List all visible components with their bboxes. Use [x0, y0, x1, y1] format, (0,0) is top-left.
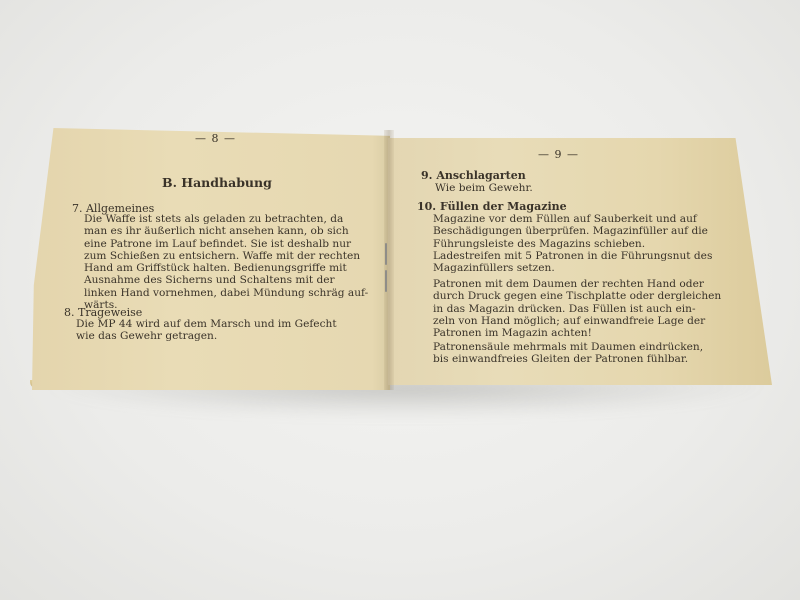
- text-line: zeln von Hand möglich; auf einwandfreie …: [433, 315, 721, 327]
- section-10-paragraph-1: Magazine vor dem Füllen auf Sauberkeit u…: [433, 213, 712, 274]
- text-line: Ladestreifen mit 5 Patronen in die Führu…: [433, 250, 712, 262]
- text-line: Hand am Griffstück halten. Bedienungsgri…: [84, 262, 380, 274]
- text-line: Die MP 44 wird auf dem Marsch und im Gef…: [76, 318, 376, 330]
- text-line: durch Druck gegen eine Tischplatte oder …: [433, 290, 721, 302]
- text-line: man es ihr äußerlich nicht ansehen kann,…: [84, 225, 380, 237]
- page-number-left: — 8 —: [195, 132, 236, 145]
- section-title-9: 9. Anschlagarten: [421, 169, 526, 182]
- text-line: eine Patrone im Lauf befindet. Sie ist d…: [84, 238, 380, 250]
- text-line: Führungsleiste des Magazins schieben.: [433, 238, 712, 250]
- left-page: — 8 — B. Handhabung 7. Allgemeines Die W…: [32, 128, 390, 390]
- section-7-text: Die Waffe ist stets als geladen zu betra…: [84, 213, 380, 311]
- text-line: zum Schießen zu entsichern. Waffe mit de…: [84, 250, 380, 262]
- text-line: Patronen mit dem Daumen der rechten Hand…: [433, 278, 721, 290]
- staple-icon: [385, 270, 387, 292]
- text-line: Wie beim Gewehr.: [435, 182, 533, 194]
- text-line: Beschädigungen überprüfen. Magazinfüller…: [433, 225, 712, 237]
- text-line: Patronen im Magazin achten!: [433, 327, 721, 339]
- text-line: linken Hand vornehmen, dabei Mündung sch…: [84, 287, 380, 299]
- section-9-text: Wie beim Gewehr.: [435, 182, 533, 194]
- section-heading: B. Handhabung: [162, 175, 272, 190]
- text-line: Ausnahme des Sicherns und Schaltens mit …: [84, 274, 380, 286]
- page-number-right: — 9 —: [538, 148, 579, 161]
- staple-icon: [385, 243, 387, 265]
- section-8-text: Die MP 44 wird auf dem Marsch und im Gef…: [76, 318, 376, 343]
- text-line: wie das Gewehr getragen.: [76, 330, 376, 342]
- right-page: — 9 — 9. Anschlagarten Wie beim Gewehr. …: [388, 138, 772, 385]
- text-line: Magazine vor dem Füllen auf Sauberkeit u…: [433, 213, 712, 225]
- text-line: bis einwandfreies Gleiten der Patronen f…: [433, 353, 703, 365]
- section-title-10: 10. Füllen der Magazine: [417, 200, 567, 213]
- section-10-paragraph-3: Patronensäule mehrmals mit Daumen eindrü…: [433, 341, 703, 366]
- text-line: Die Waffe ist stets als geladen zu betra…: [84, 213, 380, 225]
- text-line: Magazinfüllers setzen.: [433, 262, 712, 274]
- text-line: in das Magazin drücken. Das Füllen ist a…: [433, 303, 721, 315]
- text-line: Patronensäule mehrmals mit Daumen eindrü…: [433, 341, 703, 353]
- section-10-paragraph-2: Patronen mit dem Daumen der rechten Hand…: [433, 278, 721, 339]
